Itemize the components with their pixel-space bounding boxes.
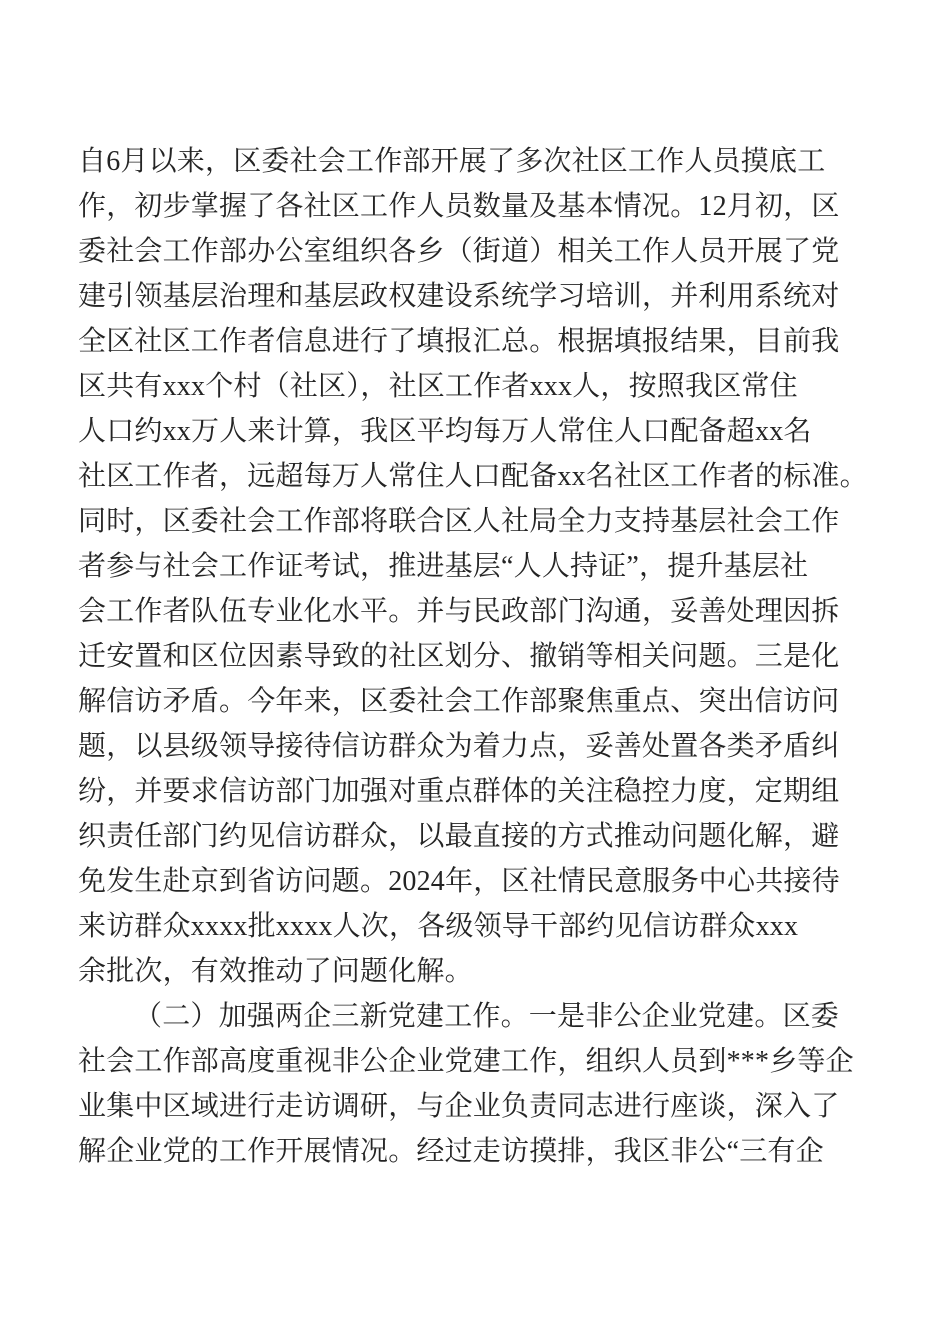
text-line: 人口约xx万人来计算，我区平均每万人常住人口配备超xx名 (78, 409, 862, 454)
text-line: 作，初步掌握了各社区工作人员数量及基本情况。12月初，区 (78, 184, 862, 229)
text-line: 自6月以来，区委社会工作部开展了多次社区工作人员摸底工 (78, 139, 862, 184)
text-line: 迁安置和区位因素导致的社区划分、撤销等相关问题。三是化 (78, 634, 862, 679)
document-page: 自6月以来，区委社会工作部开展了多次社区工作人员摸底工作，初步掌握了各社区工作人… (0, 0, 950, 1344)
text-line: （二）加强两企三新党建工作。一是非公企业党建。区委 (78, 994, 862, 1039)
document-body: 自6月以来，区委社会工作部开展了多次社区工作人员摸底工作，初步掌握了各社区工作人… (78, 139, 862, 1174)
paragraph-community-worker-and-petition: 自6月以来，区委社会工作部开展了多次社区工作人员摸底工作，初步掌握了各社区工作人… (78, 139, 862, 994)
text-line: 来访群众xxxx批xxxx人次，各级领导干部约见信访群众xxx (78, 904, 862, 949)
text-line: 解信访矛盾。今年来，区委社会工作部聚焦重点、突出信访问 (78, 679, 862, 724)
text-line: 区共有xxx个村（社区），社区工作者xxx人，按照我区常住 (78, 364, 862, 409)
text-line: 者参与社会工作证考试，推进基层“人人持证”，提升基层社 (78, 544, 862, 589)
text-line: 建引领基层治理和基层政权建设系统学习培训，并利用系统对 (78, 274, 862, 319)
text-line: 业集中区域进行走访调研，与企业负责同志进行座谈，深入了 (78, 1084, 862, 1129)
text-line: 免发生赴京到省访问题。2024年，区社情民意服务中心共接待 (78, 859, 862, 904)
text-line: 织责任部门约见信访群众，以最直接的方式推动问题化解，避 (78, 814, 862, 859)
paragraph-two-enterprises-three-new-party-building: （二）加强两企三新党建工作。一是非公企业党建。区委社会工作部高度重视非公企业党建… (78, 994, 862, 1174)
text-line: 题，以县级领导接待信访群众为着力点，妥善处置各类矛盾纠 (78, 724, 862, 769)
text-line: 解企业党的工作开展情况。经过走访摸排，我区非公“三有企 (78, 1129, 862, 1174)
text-line: 同时，区委社会工作部将联合区人社局全力支持基层社会工作 (78, 499, 862, 544)
text-line: 余批次，有效推动了问题化解。 (78, 949, 862, 994)
text-line: 委社会工作部办公室组织各乡（街道）相关工作人员开展了党 (78, 229, 862, 274)
text-line: 社会工作部高度重视非公企业党建工作，组织人员到***乡等企 (78, 1039, 862, 1084)
text-line: 社区工作者，远超每万人常住人口配备xx名社区工作者的标准。 (78, 454, 862, 499)
text-line: 会工作者队伍专业化水平。并与民政部门沟通，妥善处理因拆 (78, 589, 862, 634)
text-line: 全区社区工作者信息进行了填报汇总。根据填报结果，目前我 (78, 319, 862, 364)
text-line: 纷，并要求信访部门加强对重点群体的关注稳控力度，定期组 (78, 769, 862, 814)
